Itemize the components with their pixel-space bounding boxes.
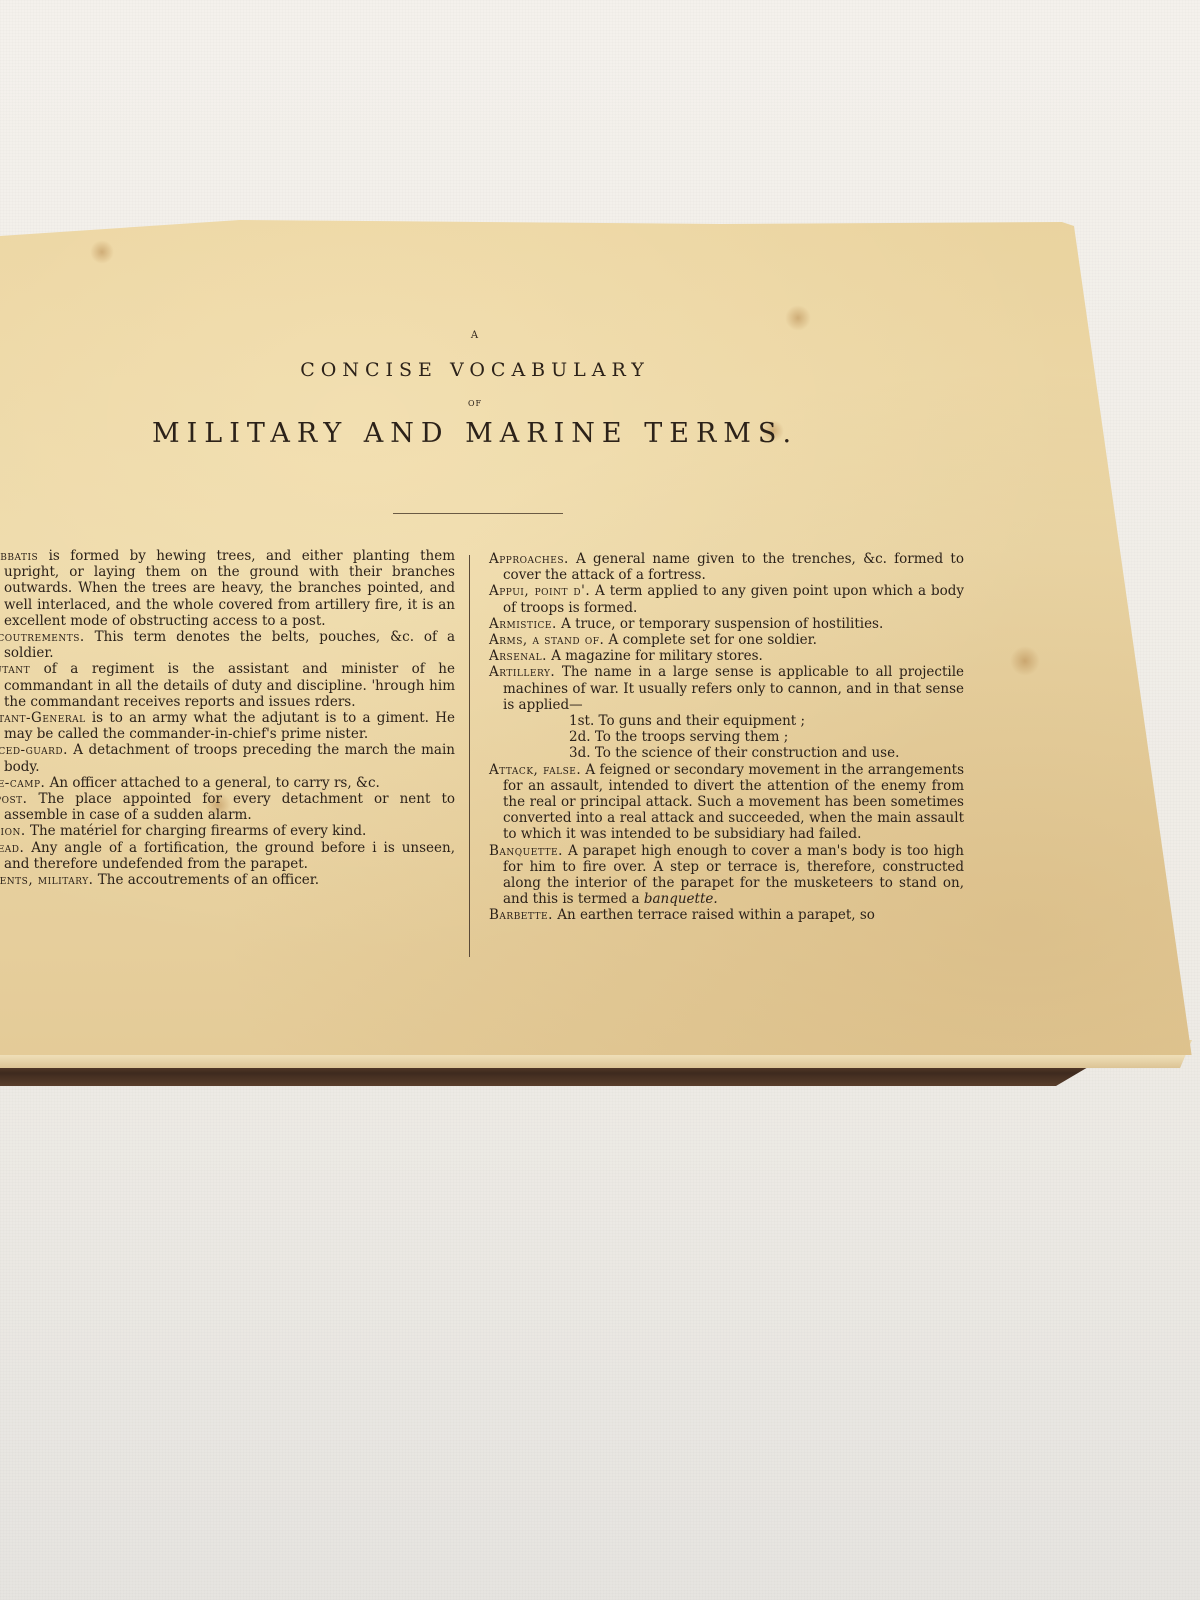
entry-appointments-military: ments, military. The accoutrements of an… <box>0 872 455 888</box>
entry-arms-stand-of: Arms, a stand of. A complete set for one… <box>489 632 964 648</box>
entry-term: -post. <box>0 791 27 807</box>
entry-term: ments, military. <box>0 872 93 888</box>
entry-appui: Appui, point d'. A term applied to any g… <box>489 583 964 615</box>
entry-term: Abbatis <box>0 548 38 564</box>
right-column: Approaches. A general name given to the … <box>489 551 964 924</box>
entry-text: A complete set for one soldier. <box>604 632 817 648</box>
title-article: A <box>150 330 800 341</box>
entry-text: A magazine for military stores. <box>547 648 763 664</box>
entry-adjutant-general: utant-General is to an army what the adj… <box>0 710 455 742</box>
entry-term: Appui, point d'. <box>489 583 590 599</box>
entry-text: The matériel for charging firearms of ev… <box>26 823 367 839</box>
page-title: CONCISE VOCABULARY <box>150 359 800 381</box>
artillery-list-item: 2d. To the troops serving them ; <box>489 729 964 745</box>
entry-abbatis: Abbatis is formed by hewing trees, and e… <box>0 548 455 629</box>
title-of: OF <box>150 399 800 408</box>
entry-term: Arsenal. <box>489 648 547 664</box>
entry-alarm-post: -post. The place appointed for every det… <box>0 791 455 823</box>
entry-barbette: Barbette. An earthen terrace raised with… <box>489 907 964 923</box>
entry-term: dead. <box>0 840 24 856</box>
entry-text: A general name given to the trenches, &c… <box>503 551 964 583</box>
entry-approaches: Approaches. A general name given to the … <box>489 551 964 583</box>
entry-aide-de-camp: de-camp. An officer attached to a genera… <box>0 775 455 791</box>
entry-term: Artillery. <box>489 664 555 680</box>
entry-text: of a regiment is the assistant and minis… <box>4 661 455 709</box>
entry-text: Any angle of a fortification, the ground… <box>4 840 455 872</box>
entry-term: ition. <box>0 823 26 839</box>
entry-term: Approaches. <box>489 551 569 567</box>
entry-text: The name in a large sense is applicable … <box>503 664 964 712</box>
entry-term: nced-guard. <box>0 742 68 758</box>
entry-adjutant: jutant of a regiment is the assistant an… <box>0 661 455 710</box>
entry-text: The place appointed for every detachment… <box>4 791 455 823</box>
foxing-stain <box>90 240 114 264</box>
entry-angle-dead: dead. Any angle of a fortification, the … <box>0 840 455 872</box>
entry-term: Barbette. <box>489 907 553 923</box>
entry-text: An earthen terrace raised within a parap… <box>553 907 875 923</box>
entry-term: utant-General <box>0 710 86 726</box>
foxing-stain <box>1010 646 1040 676</box>
entry-text: The accoutrements of an officer. <box>93 872 319 888</box>
page-subtitle: MILITARY AND MARINE TERMS. <box>150 418 800 449</box>
artillery-list-item: 3d. To the science of their construction… <box>489 745 964 761</box>
entry-advanced-guard: nced-guard. A detachment of troops prece… <box>0 742 455 774</box>
entry-term: Banquette. <box>489 843 563 859</box>
entry-text: A detachment of troops preceding the mar… <box>4 742 455 774</box>
entry-term: jutant <box>0 661 30 677</box>
entry-text: An officer attached to a general, to car… <box>45 775 380 791</box>
entry-term: Attack, false. <box>489 762 581 778</box>
entry-text: A parapet high enough to cover a man's b… <box>503 843 964 908</box>
entry-arsenal: Arsenal. A magazine for military stores. <box>489 648 964 664</box>
entry-accoutrements: ccoutrements. This term denotes the belt… <box>0 629 455 661</box>
entry-attack-false: Attack, false. A feigned or secondary mo… <box>489 762 964 843</box>
title-block: A CONCISE VOCABULARY OF MILITARY AND MAR… <box>150 330 800 449</box>
left-column: Abbatis is formed by hewing trees, and e… <box>0 548 455 888</box>
entry-text: A truce, or temporary suspension of host… <box>557 616 884 632</box>
entry-italic: banquette. <box>644 891 718 907</box>
entry-ammunition: ition. The matériel for charging firearm… <box>0 823 455 839</box>
entry-term: Armistice. <box>489 616 557 632</box>
entry-armistice: Armistice. A truce, or temporary suspens… <box>489 616 964 632</box>
entry-artillery: Artillery. The name in a large sense is … <box>489 664 964 713</box>
artillery-list-item: 1st. To guns and their equipment ; <box>489 713 964 729</box>
entry-term: Arms, a stand of. <box>489 632 604 648</box>
entry-term: de-camp. <box>0 775 45 791</box>
title-rule <box>393 513 563 514</box>
column-divider <box>469 555 470 957</box>
foxing-stain <box>785 305 811 331</box>
entry-term: ccoutrements. <box>0 629 85 645</box>
entry-banquette: Banquette. A parapet high enough to cove… <box>489 843 964 908</box>
entry-text: is formed by hewing trees, and either pl… <box>4 548 455 629</box>
